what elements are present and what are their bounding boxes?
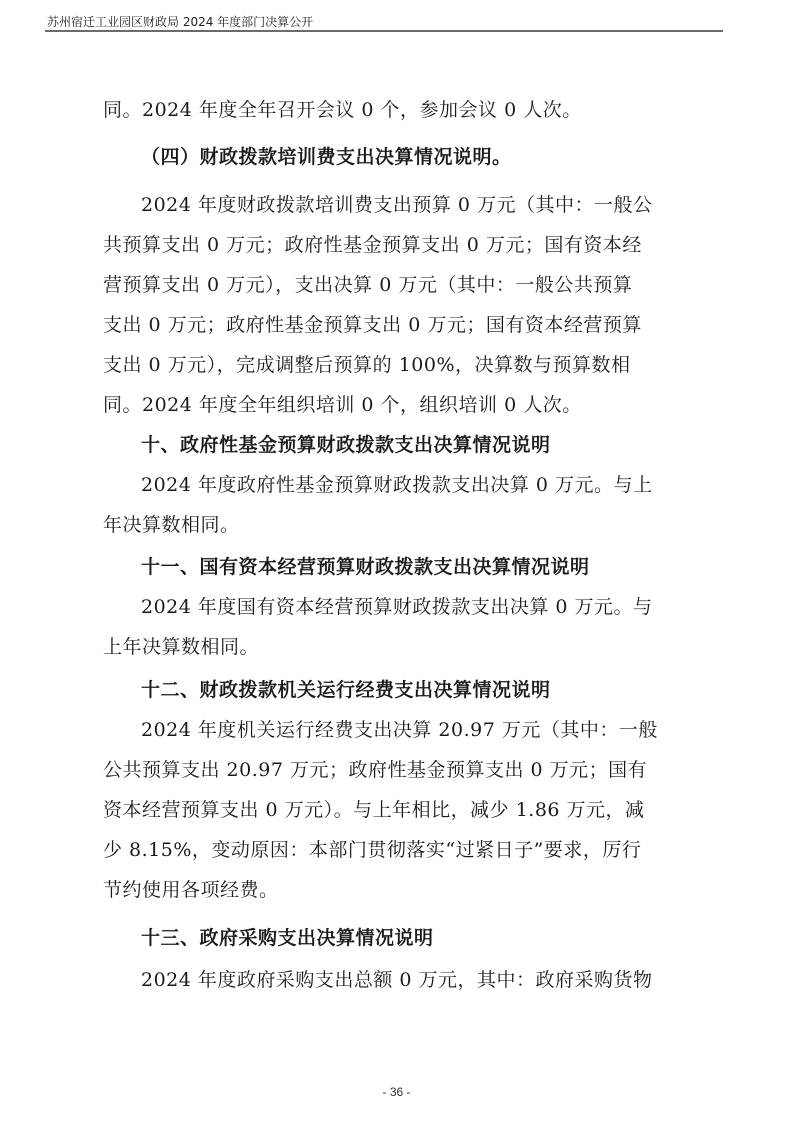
document-title: 苏州宿迁工业园区财政局 2024 年度部门决算公开 (47, 13, 313, 30)
paragraph-line: 公共预算支出 20.97 万元；政府性基金预算支出 0 万元；国有 (103, 755, 647, 785)
paragraph-line: 营预算支出 0 万元），支出决算 0 万元（其中：一般公共预算 (103, 270, 632, 300)
paragraph-line: 共预算支出 0 万元；政府性基金预算支出 0 万元；国有资本经 (103, 230, 642, 260)
paragraph-line: 2024 年度财政拨款培训费支出预算 0 万元（其中：一般公 (141, 190, 653, 220)
section-heading: 十一、国有资本经营预算财政拨款支出决算情况说明 (141, 552, 590, 582)
paragraph-line: 2024 年度政府采购支出总额 0 万元，其中：政府采购货物 (141, 965, 653, 995)
paragraph-line: 节约使用各项经费。 (103, 875, 279, 905)
page-number: - 36 - (0, 1085, 793, 1099)
paragraph-line: 上年决算数相同。 (103, 632, 259, 662)
section-heading: （四）财政拨款培训费支出决算情况说明。 (141, 142, 512, 172)
paragraph-line: 同。2024 年度全年召开会议 0 个，参加会议 0 人次。 (103, 95, 582, 125)
paragraph-line: 支出 0 万元；政府性基金预算支出 0 万元；国有资本经营预算 (103, 310, 642, 340)
paragraph-line: 2024 年度政府性基金预算财政拨款支出决算 0 万元。与上 (141, 470, 653, 500)
paragraph-line: 同。2024 年度全年组织培训 0 个，组织培训 0 人次。 (103, 390, 582, 420)
section-heading: 十三、政府采购支出决算情况说明 (141, 923, 434, 953)
paragraph-line: 资本经营预算支出 0 万元）。与上年相比，减少 1.86 万元，减 (103, 795, 645, 825)
paragraph-line: 支出 0 万元），完成调整后预算的 100%，决算数与预算数相 (103, 350, 631, 380)
paragraph-line: 2024 年度机关运行经费支出决算 20.97 万元（其中：一般 (141, 715, 658, 745)
paragraph-line: 少 8.15%，变动原因：本部门贯彻落实“过紧日子”要求，厉行 (103, 835, 641, 865)
section-heading: 十二、财政拨款机关运行经费支出决算情况说明 (141, 675, 551, 705)
paragraph-line: 年决算数相同。 (103, 510, 240, 540)
page-header: 苏州宿迁工业园区财政局 2024 年度部门决算公开 (45, 12, 723, 32)
paragraph-line: 2024 年度国有资本经营预算财政拨款支出决算 0 万元。与 (141, 592, 653, 622)
section-heading: 十、政府性基金预算财政拨款支出决算情况说明 (141, 430, 551, 460)
